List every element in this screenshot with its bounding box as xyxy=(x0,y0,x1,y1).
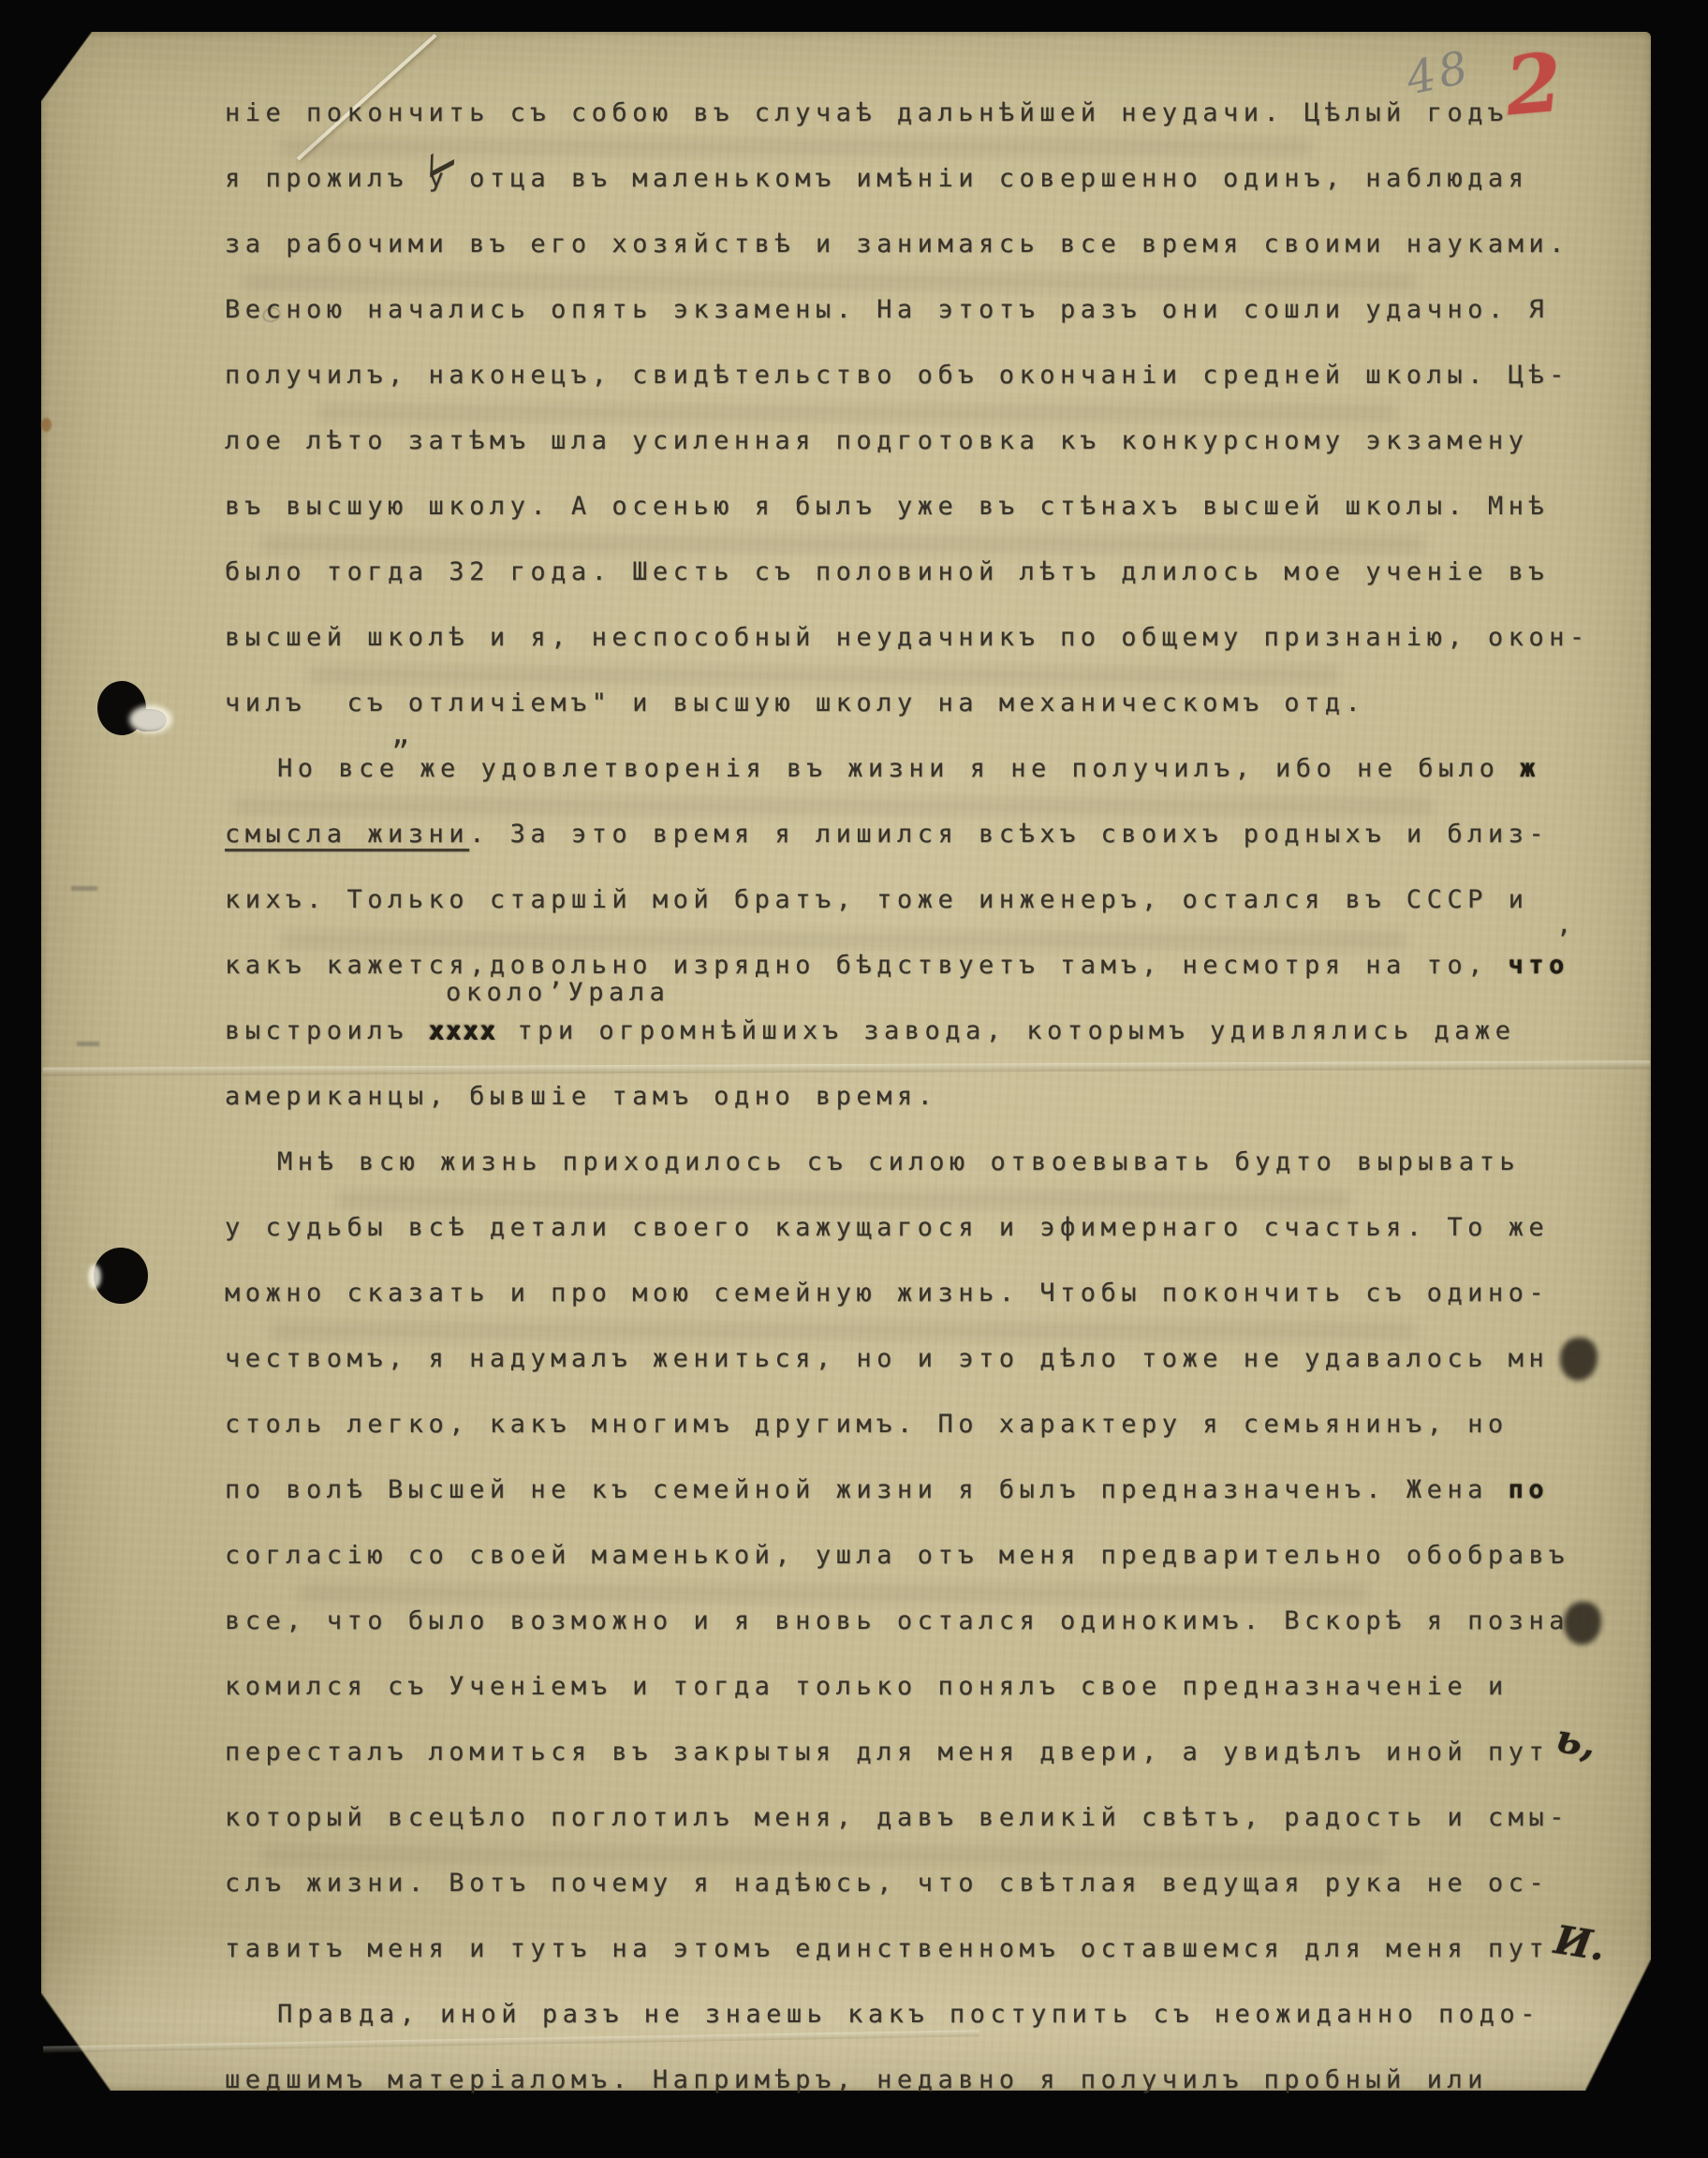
ink-smudge xyxy=(1560,1338,1598,1381)
scanned-page-background: { "document": { "description_lines": [ {… xyxy=(0,0,1708,2158)
typed-insertion: , xyxy=(1556,910,1577,939)
red-page-number: 2 xyxy=(1502,36,1566,135)
handwritten-correction: И. xyxy=(1552,1916,1609,1970)
ink-smudge xyxy=(1564,1602,1601,1645)
pencil-page-number: 48 xyxy=(1402,40,1476,105)
typed-inserted-quote: „ xyxy=(391,716,409,751)
overlay-layer: 482около’Урала„,ь,И. xyxy=(0,0,1708,2158)
typed-insertion: около’Урала xyxy=(446,978,670,1007)
handwritten-correction: ь, xyxy=(1553,1715,1598,1766)
